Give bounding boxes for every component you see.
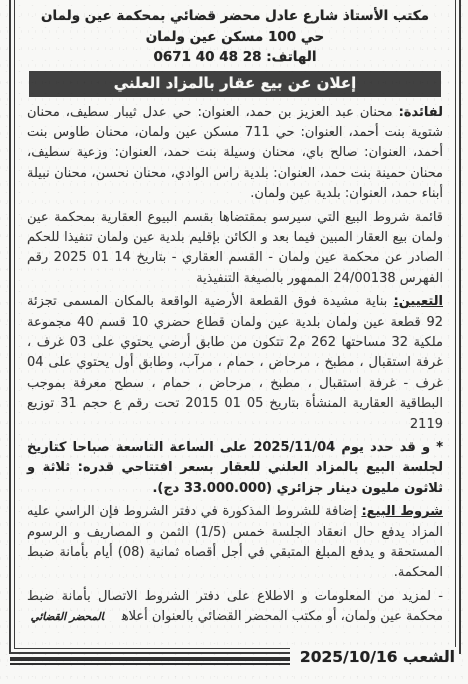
notice-frame-inner-border: مكتب الأستاذ شارع عادل محضر قضائي بمحكمة…: [14, 0, 456, 649]
bailiff-office-header: مكتب الأستاذ شارع عادل محضر قضائي بمحكمة…: [27, 6, 443, 68]
notice-body: لفائدة: محنان عبد العزيز بن حمد، العنوان…: [27, 103, 443, 628]
designation-text: بناية مشيدة فوق القطعة الأرضية الواقعة ب…: [27, 294, 443, 431]
sale-conditions-paragraph: شروط البيع: إضافة للشروط المذكورة في دفت…: [27, 502, 443, 584]
newspaper-name-and-date: الشعب 2025/10/16: [290, 647, 459, 669]
more-info-paragraph: - لمزيد من المعلومات و الاطلاع على دفتر …: [27, 587, 443, 628]
designation-paragraph: التعيين: بناية مشيدة فوق القطعة الأرضية …: [27, 292, 443, 435]
newspaper-footer: الشعب 2025/10/16: [10, 641, 459, 675]
office-phone-line: الهاتف: 28 48 40 0671: [27, 47, 443, 68]
notice-frame-outer-border: مكتب الأستاذ شارع عادل محضر قضائي بمحكمة…: [9, 0, 461, 654]
beneficiary-paragraph: لفائدة: محنان عبد العزيز بن حمد، العنوان…: [27, 103, 443, 205]
beneficiary-text: محنان عبد العزيز بن حمد، العنوان: حي عدل…: [27, 105, 443, 202]
office-address-line: حي 100 مسكن عين ولمان: [27, 27, 443, 48]
notice-title: إعلان عن بيع عقار بالمزاد العلني: [114, 74, 357, 92]
sale-conditions-label: شروط البيع:: [361, 504, 443, 519]
sale-terms-intro-paragraph: قائمة شروط البيع التي سيرسو بمقتضاها بقس…: [27, 208, 443, 290]
office-name-line: مكتب الأستاذ شارع عادل محضر قضائي بمحكمة…: [27, 6, 443, 27]
auction-date-paragraph: * و قد حدد يوم 2025/11/04 على الساعة الت…: [27, 438, 443, 499]
bailiff-signature: المحضر القضائي: [31, 611, 104, 623]
footer-rule: [10, 657, 290, 661]
beneficiary-label: لفائدة:: [399, 105, 443, 120]
scanned-auction-notice-page: مكتب الأستاذ شارع عادل محضر قضائي بمحكمة…: [0, 0, 468, 684]
notice-title-banner: إعلان عن بيع عقار بالمزاد العلني: [29, 71, 441, 97]
issue-date: 2025/10/16: [300, 648, 398, 666]
newspaper-name: الشعب: [403, 648, 455, 666]
designation-label: التعيين:: [394, 294, 444, 309]
